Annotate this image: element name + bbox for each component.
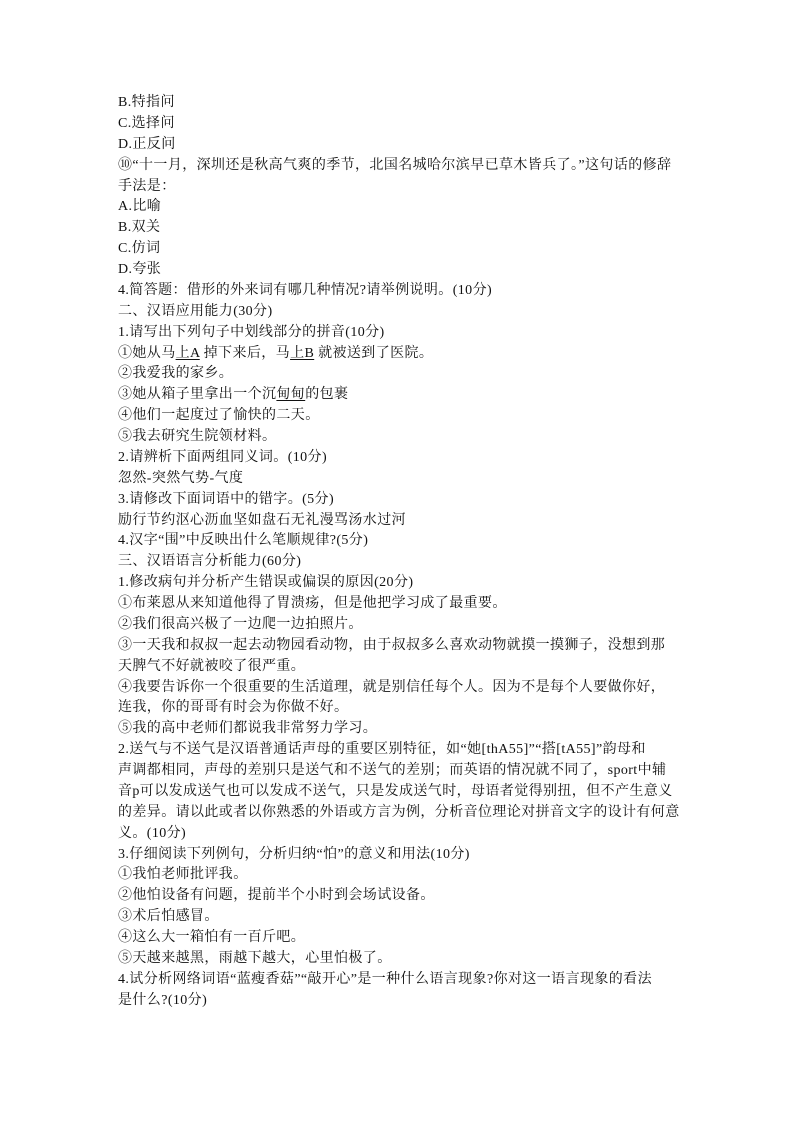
underlined-segment: 甸甸 — [276, 387, 305, 402]
s3-q3-item-1: ①我怕老师批评我。 — [118, 865, 688, 886]
s3-question-2: 2.送气与不送气是汉语普通话声母的重要区别特征，如“她[thA55]”“搭[tA… — [118, 740, 688, 761]
s3-question-4-cont: 是什么?(10分) — [118, 991, 688, 1012]
option-c-question-type: C.选择问 — [118, 114, 688, 135]
option-b-question-type: B.特指问 — [118, 93, 688, 114]
s3-q1-item-4: ④我要告诉你一个很重要的生活道理，就是别信任每个人。因为不是每个人要做你好， — [118, 678, 688, 699]
s3-q1-item-2: ②我们很高兴极了一边爬一边拍照片。 — [118, 615, 688, 636]
s3-q1-item-5: ⑤我的高中老师们都说我非常努力学习。 — [118, 719, 688, 740]
option-d-rhetoric: D.夸张 — [118, 260, 688, 281]
s3-q1-item-3: ③一天我和叔叔一起去动物园看动物，由于叔叔多么喜欢动物就摸一摸狮子，没想到那 — [118, 636, 688, 657]
s3-question-2-cont: 义。(10分) — [118, 824, 688, 845]
s2-q1-item-4: ④他们一起度过了愉快的二天。 — [118, 406, 688, 427]
s3-question-2-cont: 音p可以发成送气也可以发成不送气，只是发成送气时，母语者觉得别扭，但不产生意义 — [118, 782, 688, 803]
s3-q1-item-4-cont: 连我，你的哥哥有时会为你做不好。 — [118, 698, 688, 719]
s2-q2-content: 忽然-突然气势-气度 — [118, 469, 688, 490]
s2-q1-item-5: ⑤我去研究生院领材料。 — [118, 427, 688, 448]
s3-q3-item-5: ⑤天越来越黑，雨越下越大，心里怕极了。 — [118, 949, 688, 970]
s3-question-4: 4.试分析网络词语“蓝瘦香菇”“敲开心”是一种什么语言现象?你对这一语言现象的看… — [118, 970, 688, 991]
s2-question-2: 2.请辨析下面两组同义词。(10分) — [118, 448, 688, 469]
short-answer-question: 4.简答题：借形的外来词有哪几种情况?请举例说明。(10分) — [118, 281, 688, 302]
s3-q1-item-3-cont: 天脾气不好就被咬了很严重。 — [118, 657, 688, 678]
option-c-rhetoric: C.仿词 — [118, 239, 688, 260]
document-page: B.特指问 C.选择问 D.正反问 ⑩“十一月，深圳还是秋高气爽的季节，北国名城… — [118, 93, 688, 1012]
s3-question-2-cont: 声调都相同，声母的差别只是送气和不送气的差别；而英语的情况就不同了，sport中… — [118, 761, 688, 782]
option-d-question-type: D.正反问 — [118, 135, 688, 156]
s2-q1-item-2: ②我爱我的家乡。 — [118, 364, 688, 385]
text-segment: 掉下来后，马 — [200, 346, 290, 361]
option-b-rhetoric: B.双关 — [118, 218, 688, 239]
question-10-text-cont: 手法是： — [118, 177, 688, 198]
text-segment: 就被送到了医院。 — [314, 346, 433, 361]
question-10-text: ⑩“十一月，深圳还是秋高气爽的季节，北国名城哈尔滨早已草木皆兵了。”这句话的修辞 — [118, 156, 688, 177]
underlined-segment: 上B — [290, 346, 314, 361]
s3-q1-item-1: ①布莱恩从来知道他得了胃溃疡，但是他把学习成了最重要。 — [118, 594, 688, 615]
text-segment: ①她从马 — [118, 346, 176, 361]
s2-q1-item-1: ①她从马上A 掉下来后，马上B 就被送到了医院。 — [118, 344, 688, 365]
s3-question-2-cont: 的差异。请以此或者以你熟悉的外语或方言为例，分析音位理论对拼音文字的设计有何意 — [118, 803, 688, 824]
s3-q3-item-3: ③术后怕感冒。 — [118, 907, 688, 928]
s2-q3-content: 励行节约沤心沥血坚如盘石无礼漫骂汤水过河 — [118, 511, 688, 532]
s2-question-1: 1.请写出下列句子中划线部分的拼音(10分) — [118, 323, 688, 344]
s2-question-4: 4.汉字“围”中反映出什么笔顺规律?(5分) — [118, 531, 688, 552]
text-segment: ③她从箱子里拿出一个沉 — [118, 387, 276, 402]
text-segment: 的包裹 — [305, 387, 348, 402]
underlined-segment: 上A — [176, 346, 200, 361]
s3-q3-item-2: ②他怕设备有问题，提前半个小时到会场试设备。 — [118, 886, 688, 907]
section-3-heading: 三、汉语语言分析能力(60分) — [118, 552, 688, 573]
section-2-heading: 二、汉语应用能力(30分) — [118, 302, 688, 323]
s2-q1-item-3: ③她从箱子里拿出一个沉甸甸的包裹 — [118, 385, 688, 406]
s3-q3-item-4: ④这么大一箱怕有一百斤吧。 — [118, 928, 688, 949]
s3-question-3: 3.仔细阅读下列例句，分析归纳“怕”的意义和用法(10分) — [118, 845, 688, 866]
s3-question-1: 1.修改病句并分析产生错误或偏误的原因(20分) — [118, 573, 688, 594]
s2-question-3: 3.请修改下面词语中的错字。(5分) — [118, 490, 688, 511]
option-a-rhetoric: A.比喻 — [118, 197, 688, 218]
